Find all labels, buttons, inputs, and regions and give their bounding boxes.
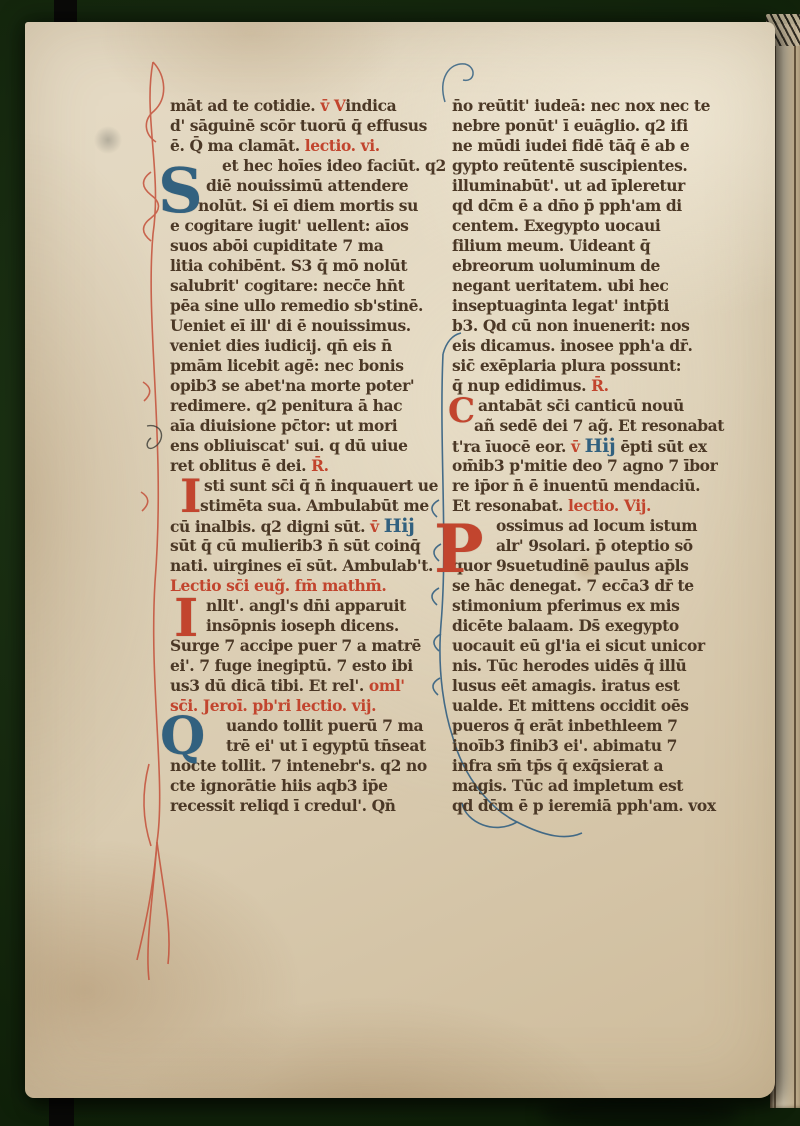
text-line: nolūt. Si eī diem mortis su xyxy=(170,196,442,216)
text-segment: Ueniet eī ill' di ē nouissimus. xyxy=(170,316,411,335)
text-line: cte ignorātie hiis aqb3 ip̄e xyxy=(170,776,442,796)
text-line: Ueniet eī ill' di ē nouissimus. xyxy=(170,316,442,336)
page-edge-seam xyxy=(794,24,796,1108)
text-segment: sūt q̄ cū mulierib3 n̄ sūt coinq̄ xyxy=(170,536,420,555)
text-segment: centem. Exegypto uocaui xyxy=(452,216,660,235)
text-line: b3. Qd cū non inuenerit: nos xyxy=(452,316,742,336)
text-line: n̄o reūtit' iudeā: nec nox nec te xyxy=(452,96,742,116)
text-line: litia cohibēnt. S3 q̄ mō nolūt xyxy=(170,256,442,276)
text-segment: inoīb3 finib3 ei'. abimatu 7 xyxy=(452,736,677,755)
text-line: nocte tollit. 7 intenebr's. q2 no xyxy=(170,756,442,776)
text-line: negant ueritatem. ubi hec xyxy=(452,276,742,296)
text-segment: nati. uirgines eī sūt. Ambulab't. xyxy=(170,556,433,575)
text-segment: ēpti sūt ex xyxy=(615,437,706,456)
text-segment: pmām licebit agē: nec bonis xyxy=(170,356,404,375)
text-line: antabāt sc̄i canticū nouū xyxy=(452,396,742,416)
manuscript-photo: māt ad te cotidie. v̄ Vindicad' sāguinē … xyxy=(0,0,800,1126)
text-segment: v̄ xyxy=(370,517,384,536)
text-segment: nolūt. Si eī diem mortis su xyxy=(198,196,418,215)
text-segment: sic̄ exēplaria plura possunt: xyxy=(452,356,681,375)
parchment-page: māt ad te cotidie. v̄ Vindicad' sāguinē … xyxy=(25,22,775,1098)
text-segment: t'ra īuocē eor. xyxy=(452,437,571,456)
text-line: diē nouissimū attendere xyxy=(170,176,442,196)
text-segment: lusus eēt amagis. iratus est xyxy=(452,676,679,695)
text-segment: R̄. xyxy=(591,376,608,395)
text-segment: oml' xyxy=(369,676,405,695)
text-segment: se hāc denegat. 7 ecc̄a3 dr̄ te xyxy=(452,576,694,595)
text-segment: filium meum. Uideant q̄ xyxy=(452,236,650,255)
text-segment: lectio. Vij. xyxy=(568,496,651,515)
text-line: añ sedē dei 7 ag̃. Et resonabat xyxy=(452,416,742,436)
text-segment: litia cohibēnt. S3 q̄ mō nolūt xyxy=(170,256,407,275)
text-line: suos abōi cupiditate 7 ma xyxy=(170,236,442,256)
text-line: se hāc denegat. 7 ecc̄a3 dr̄ te xyxy=(452,576,742,596)
text-line: Lectio sc̄i eug̃. fm̄ mathm̄. xyxy=(170,576,442,596)
text-column-left: māt ad te cotidie. v̄ Vindicad' sāguinē … xyxy=(170,96,442,816)
text-segment: Hij xyxy=(585,435,616,457)
text-line: pēa sine ullo remedio sb'stinē. xyxy=(170,296,442,316)
text-line: nis. Tūc herodes uidēs q̄ illū xyxy=(452,656,742,676)
text-line: recessit reliqd ī credul'. Qn̄ xyxy=(170,796,442,816)
text-segment: et hec hoīes ideo faciūt. q2 xyxy=(222,156,446,175)
text-segment: ne mūdi iudei fidē tāq̄ ē ab e xyxy=(452,136,689,155)
text-line: centem. Exegypto uocaui xyxy=(452,216,742,236)
text-line: nati. uirgines eī sūt. Ambulab't. xyxy=(170,556,442,576)
text-line: qd dc̄m ē p ieremiā pph'am. vox xyxy=(452,796,742,816)
text-line: ret oblitus ē dei. R̄. xyxy=(170,456,442,476)
text-segment: Hij xyxy=(384,515,415,537)
text-segment: stimonium pferimus ex mis xyxy=(452,596,679,615)
drop-cap-q: Q xyxy=(160,716,205,759)
text-line: māt ad te cotidie. v̄ Vindica xyxy=(170,96,442,116)
text-line: om̄ib3 p'mitie deo 7 agno 7 ībor xyxy=(452,456,742,476)
text-line: salubrit' cogitare: necc̄e hn̄t xyxy=(170,276,442,296)
text-segment: nocte tollit. 7 intenebr's. q2 no xyxy=(170,756,427,775)
text-line: eis dicamus. inosee pph'a dr̄. xyxy=(452,336,742,356)
text-line: stimonium pferimus ex mis xyxy=(452,596,742,616)
text-segment: inseptuaginta legat' intp̄ti xyxy=(452,296,669,315)
text-segment: gypto reūtentē suscipientes. xyxy=(452,156,687,175)
text-line: ne mūdi iudei fidē tāq̄ ē ab e xyxy=(452,136,742,156)
text-line: ualde. Et mittens occidit oēs xyxy=(452,696,742,716)
text-segment: n̄o reūtit' iudeā: nec nox nec te xyxy=(452,96,710,115)
text-line: cū inalbis. q2 digni sūt. v̄ Hij xyxy=(170,516,442,536)
text-line: sic̄ exēplaria plura possunt: xyxy=(452,356,742,376)
text-segment: ē. Q̄ ma clamāt. xyxy=(170,136,305,155)
text-segment: veniet dies iudicij. qn̄ eis n̄ xyxy=(170,336,392,355)
text-segment: e cogitare iugit' uellent: aīos xyxy=(170,216,408,235)
text-segment: salubrit' cogitare: necc̄e hn̄t xyxy=(170,276,404,295)
text-segment: uando tollit puerū 7 ma xyxy=(226,716,423,735)
text-segment: alr' 9solari. p̄ oteptio sō xyxy=(496,536,693,555)
text-segment: infra sm̄ tp̄s q̄ exq̄sierat a xyxy=(452,756,663,775)
text-line: us3 dū dicā tibi. Et rel'. oml' xyxy=(170,676,442,696)
text-line: inoīb3 finib3 ei'. abimatu 7 xyxy=(452,736,742,756)
text-line: ebreorum uoluminum de xyxy=(452,256,742,276)
text-segment: R̄. xyxy=(311,456,328,475)
text-line: Surge 7 accipe puer 7 a matrē xyxy=(170,636,442,656)
text-segment: cte ignorātie hiis aqb3 ip̄e xyxy=(170,776,388,795)
text-line: infra sm̄ tp̄s q̄ exq̄sierat a xyxy=(452,756,742,776)
text-segment: nllt'. angl's dn̄i apparuit xyxy=(206,596,406,615)
text-line: et hec hoīes ideo faciūt. q2 xyxy=(170,156,442,176)
text-segment: recessit reliqd ī credul'. Qn̄ xyxy=(170,796,396,815)
text-segment: om̄ib3 p'mitie deo 7 agno 7 ībor xyxy=(452,456,717,475)
text-segment: quor 9suetudinē paulus ap̄ls xyxy=(452,556,688,575)
text-segment: añ sedē dei 7 ag̃. Et resonabat xyxy=(474,416,724,435)
text-segment: insōpnis ioseph dicens. xyxy=(206,616,399,635)
text-line: redimere. q2 penitura ā hac xyxy=(170,396,442,416)
text-segment: b3. Qd cū non inuenerit: nos xyxy=(452,316,689,335)
text-segment: pueros q̄ erāt inbethleem 7 xyxy=(452,716,678,735)
text-segment: uocauit eū gl'ia ei sicut unicor xyxy=(452,636,705,655)
text-segment: illuminabūt'. ut ad īpleretur xyxy=(452,176,685,195)
drop-cap-i: I xyxy=(174,598,198,641)
text-line: e cogitare iugit' uellent: aīos xyxy=(170,216,442,236)
text-segment: opib3 se abet'na morte poter' xyxy=(170,376,414,395)
text-segment: trē ei' ut ī egyptū tn̄seat xyxy=(226,736,426,755)
text-segment: v̄ V xyxy=(320,96,345,115)
text-line: nebre ponūt' ī euāglio. q2 ifi xyxy=(452,116,742,136)
text-line: pueros q̄ erāt inbethleem 7 xyxy=(452,716,742,736)
drop-cap-s: S xyxy=(158,166,203,217)
text-segment: diē nouissimū attendere xyxy=(206,176,408,195)
text-segment: Surge 7 accipe puer 7 a matrē xyxy=(170,636,421,655)
text-segment: ei'. 7 fuge inegiptū. 7 esto ibi xyxy=(170,656,413,675)
text-line: ē. Q̄ ma clamāt. lectio. vi. xyxy=(170,136,442,156)
text-segment: nebre ponūt' ī euāglio. q2 ifi xyxy=(452,116,688,135)
text-line: inseptuaginta legat' intp̄ti xyxy=(452,296,742,316)
text-line: lusus eēt amagis. iratus est xyxy=(452,676,742,696)
text-line: veniet dies iudicij. qn̄ eis n̄ xyxy=(170,336,442,356)
text-segment: negant ueritatem. ubi hec xyxy=(452,276,668,295)
text-segment: re ip̄or n̄ ē inuentū mendaciū. xyxy=(452,476,700,495)
text-segment: qd dc̄m ē p ieremiā pph'am. vox xyxy=(452,796,716,815)
drop-cap-c: C xyxy=(448,398,475,426)
text-line: t'ra īuocē eor. v̄ Hij ēpti sūt ex xyxy=(452,436,742,456)
text-segment: suos abōi cupiditate 7 ma xyxy=(170,236,383,255)
text-line: filium meum. Uideant q̄ xyxy=(452,236,742,256)
text-segment: eis dicamus. inosee pph'a dr̄. xyxy=(452,336,693,355)
text-segment: pēa sine ullo remedio sb'stinē. xyxy=(170,296,423,315)
text-line: sti sunt sc̄i q̄ n̄ inquauert ue xyxy=(170,476,442,496)
text-segment: ossimus ad locum istum xyxy=(496,516,697,535)
text-line: trē ei' ut ī egyptū tn̄seat xyxy=(170,736,442,756)
text-line: Et resonabat. lectio. Vij. xyxy=(452,496,742,516)
text-line: sc̄i. Jeroī. pb'ri lectio. vij. xyxy=(170,696,442,716)
text-segment: redimere. q2 penitura ā hac xyxy=(170,396,402,415)
text-line: nllt'. angl's dn̄i apparuit xyxy=(170,596,442,616)
text-segment: qd dc̄m ē a dn̄o p̄ pph'am di xyxy=(452,196,682,215)
page-shadow xyxy=(540,1096,740,1126)
drop-cap-i: I xyxy=(180,478,202,516)
text-line: ei'. 7 fuge inegiptū. 7 esto ibi xyxy=(170,656,442,676)
text-segment: v̄ xyxy=(571,437,585,456)
text-segment: sti sunt sc̄i q̄ n̄ inquauert ue xyxy=(204,476,438,495)
text-line: alr' 9solari. p̄ oteptio sō xyxy=(452,536,742,556)
text-line: re ip̄or n̄ ē inuentū mendaciū. xyxy=(452,476,742,496)
dark-curl-left-margin xyxy=(147,426,162,449)
text-line: illuminabūt'. ut ad īpleretur xyxy=(452,176,742,196)
text-segment: dicēte balaam. Ds̄ exegypto xyxy=(452,616,679,635)
text-line: ossimus ad locum istum xyxy=(452,516,742,536)
text-line: dicēte balaam. Ds̄ exegypto xyxy=(452,616,742,636)
text-segment: ualde. Et mittens occidit oēs xyxy=(452,696,689,715)
text-line: uando tollit puerū 7 ma xyxy=(170,716,442,736)
text-segment: d' sāguinē scōr tuorū q̄ effusus xyxy=(170,116,427,135)
text-segment: ens obliuiscat' sui. q dū uiue xyxy=(170,436,408,455)
text-segment: nis. Tūc herodes uidēs q̄ illū xyxy=(452,656,686,675)
text-segment: lectio. vi. xyxy=(305,136,380,155)
book-clamp-bottom xyxy=(49,1094,74,1126)
text-segment: aīa diuisione pc̄tor: ut mori xyxy=(170,416,397,435)
text-segment: antabāt sc̄i canticū nouū xyxy=(478,396,684,415)
text-segment: māt ad te cotidie. xyxy=(170,96,320,115)
text-segment: indica xyxy=(345,96,396,115)
text-line: magis. Tūc ad impletum est xyxy=(452,776,742,796)
text-line: q̄ nup edidimus. R̄. xyxy=(452,376,742,396)
text-segment: us3 dū dicā tibi. Et rel'. xyxy=(170,676,369,695)
text-line: insōpnis ioseph dicens. xyxy=(170,616,442,636)
text-segment: stimēta sua. Ambulabūt me xyxy=(200,496,429,515)
text-line: opib3 se abet'na morte poter' xyxy=(170,376,442,396)
drop-cap-p: P xyxy=(434,522,484,576)
text-line: sūt q̄ cū mulierib3 n̄ sūt coinq̄ xyxy=(170,536,442,556)
text-segment: magis. Tūc ad impletum est xyxy=(452,776,683,795)
text-segment: ebreorum uoluminum de xyxy=(452,256,660,275)
text-line: d' sāguinē scōr tuorū q̄ effusus xyxy=(170,116,442,136)
text-line: pmām licebit agē: nec bonis xyxy=(170,356,442,376)
text-line: aīa diuisione pc̄tor: ut mori xyxy=(170,416,442,436)
text-line: qd dc̄m ē a dn̄o p̄ pph'am di xyxy=(452,196,742,216)
text-line: ens obliuiscat' sui. q dū uiue xyxy=(170,436,442,456)
text-segment: Lectio sc̄i eug̃. fm̄ mathm̄. xyxy=(170,576,386,595)
text-line: quor 9suetudinē paulus ap̄ls xyxy=(452,556,742,576)
text-line: gypto reūtentē suscipientes. xyxy=(452,156,742,176)
text-line: stimēta sua. Ambulabūt me xyxy=(170,496,442,516)
text-column-right: n̄o reūtit' iudeā: nec nox nec tenebre p… xyxy=(452,96,742,816)
text-line: uocauit eū gl'ia ei sicut unicor xyxy=(452,636,742,656)
